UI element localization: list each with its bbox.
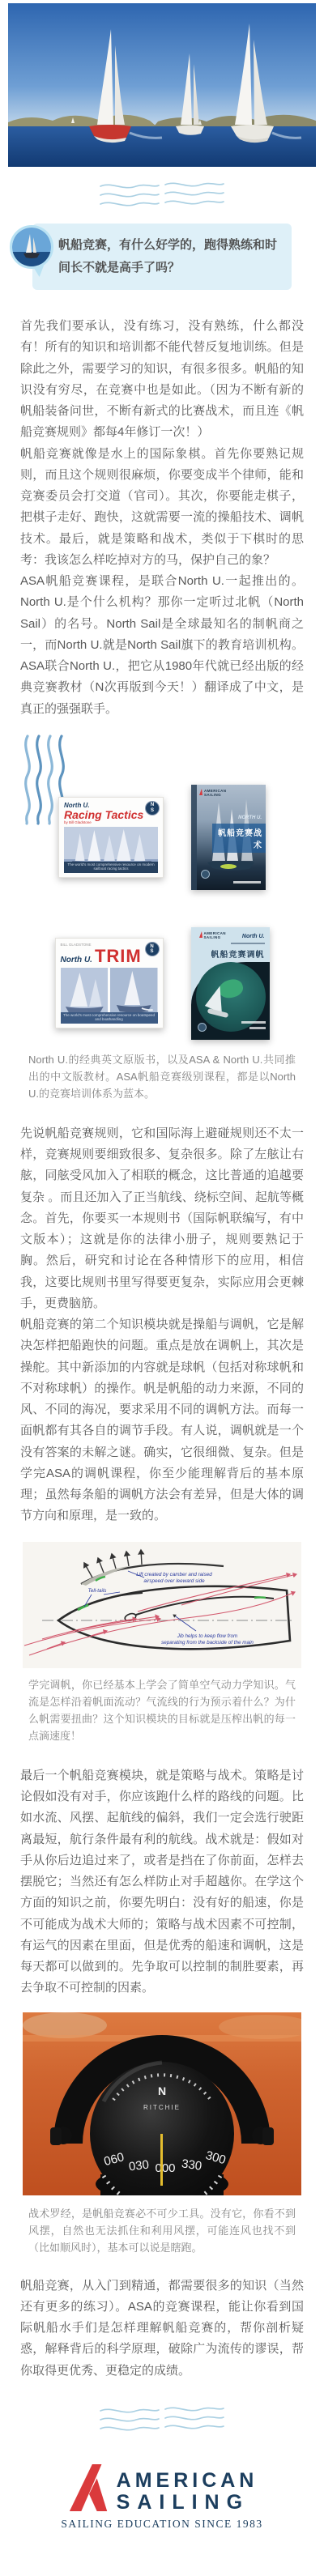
logo-word-american: AMERICAN xyxy=(117,2470,258,2491)
article-paragraph-1: 首先我们要承认，没有练习，没有熟练，什么都没有！所有的知识和培训都不能代替反复地… xyxy=(20,316,304,444)
publisher-seal-icon xyxy=(201,870,210,879)
article-body-1: 首先我们要承认，没有练习，没有熟练，什么都没有！所有的知识和培训都不能代替反复地… xyxy=(20,316,304,720)
hero-sailboats-photo xyxy=(8,3,316,167)
sail-aerodynamics-diagram: Lift created by camber and raised airspe… xyxy=(23,1542,301,1668)
article-page: 帆船竞赛，有什么好学的，跑得熟练和时间长不就是高手了吗？ 首先我们要承认，没有练… xyxy=(0,0,324,2576)
american-sailing-logo: AMERICAN SAILING SAILING EDUCATION SINCE… xyxy=(40,2463,283,2531)
question-avatar xyxy=(10,225,53,269)
diagram-label-jib-1: Jib helps to keep flow from xyxy=(177,1633,238,1639)
logo-wordmark: AMERICAN SAILING xyxy=(117,2470,258,2513)
book-tagline-bar: The world's most comprehensive resource … xyxy=(64,862,158,873)
article-body-3: 最后一个帆船竞赛模块，就是策略与战术。策略是讨论假如没有对手，你应该跑什么样的路… xyxy=(20,1765,304,1999)
books-caption: North U.的经典英文原版书，以及ASA & North U.共同推出的中文… xyxy=(28,1051,296,1102)
book-cover-trim: BILL GLADSTONE North U. TRIM N S xyxy=(55,938,164,1028)
article-paragraph-6: 最后一个帆船竞赛模块，就是策略与战术。策略是讨论假如没有对手，你应该跑什么样的路… xyxy=(20,1765,304,1999)
logo-sail-icon xyxy=(199,789,202,795)
credit-line-2 xyxy=(249,1027,266,1029)
publisher-mark xyxy=(233,881,261,884)
compass-brand-label: RITCHIE xyxy=(143,2104,181,2111)
north-sails-logo-icon: N S xyxy=(145,801,160,815)
diagram-label-lift-2: airspeed over leeward side xyxy=(143,1578,205,1584)
books-row-2: BILL GLADSTONE North U. TRIM N S xyxy=(0,927,324,1040)
tactical-compass-photo: N RITCHIE 060 030 000 330 300 xyxy=(23,2012,301,2195)
american-sailing-mini-logo: AMERICAN SAILING xyxy=(199,789,228,797)
compass-north-label: N xyxy=(158,2084,166,2097)
ns-logo-s: S xyxy=(150,949,153,955)
ns-logo-n: N xyxy=(150,944,153,950)
ns-logo-s: S xyxy=(151,808,154,814)
logo-sail-icon xyxy=(199,931,202,938)
book-title: TRIM xyxy=(95,948,142,964)
books-section: North U. Racing Tactics by Bill Gladston… xyxy=(0,734,324,1040)
book-title: 帆船竞赛战术 xyxy=(212,824,266,853)
logo-word-sailing: SAILING xyxy=(117,2492,258,2513)
series-underline xyxy=(231,943,265,944)
article-paragraph-2: 帆船竞赛就像是水上的国际象棋。首先你要熟记规则，而且这个规则很麻烦，你要变成半个… xyxy=(20,444,304,572)
sailboat-avatar-icon xyxy=(12,228,51,266)
book-cover-tactics-chinese: AMERICAN SAILING NORTH U. 帆船竞赛战术 xyxy=(191,785,266,890)
book-cover-trim-chinese: AMERICAN SAILING North U. 帆船竞赛调帆 xyxy=(191,927,270,1040)
diagram-label-jib-2: separating from the backside of the main xyxy=(161,1640,254,1646)
question-text: 帆船竞赛，有什么好学的，跑得熟练和时间长不就是高手了吗？ xyxy=(58,234,279,279)
question-bubble: 帆船竞赛，有什么好学的，跑得熟练和时间长不就是高手了吗？ xyxy=(32,224,292,290)
article-paragraph-7: 帆船竞赛，从入门到精通，都需要很多的知识（当然还有更多的练习）。ASA的竞赛课程… xyxy=(20,2276,304,2382)
logo-sail-icon xyxy=(66,2463,112,2513)
book-series: NORTH U. xyxy=(238,815,262,820)
article-body-2: 先说帆船竞赛规则，它和国际海上避碰规则还不太一样，竞赛规则要细致很多、复杂很多。… xyxy=(20,1123,304,1527)
article-paragraph-5: 帆船竞赛的第二个知识模块就是操船与调帆，它是解决怎样把船跑快的问题。重点是放在调… xyxy=(20,1314,304,1527)
book-tagline-bar: The world's most comprehensive resource … xyxy=(61,1012,158,1024)
compass-caption: 战术罗经，是帆船竞赛必不可少工具。没有它，你看不到风摆，自然也无法抓住和利用风摆… xyxy=(28,2205,296,2256)
logo-tagline: SAILING EDUCATION SINCE 1983 xyxy=(40,2518,283,2531)
book-photo-pair xyxy=(61,968,158,1015)
diagram-label-telltails: Tell-tails xyxy=(88,1588,108,1594)
mini-logo-text: AMERICAN SAILING xyxy=(204,789,228,797)
article-paragraph-4: 先说帆船竞赛规则，它和国际海上避碰规则还不太一样，竞赛规则要细致很多、复杂很多。… xyxy=(20,1123,304,1314)
compass-heading-030: 030 xyxy=(128,2157,150,2174)
north-sails-logo-icon: N S xyxy=(145,942,160,956)
book-title: Racing Tactics xyxy=(64,809,158,820)
book-series: North U. xyxy=(242,934,265,939)
article-body-4: 帆船竞赛，从入门到精通，都需要很多的知识（当然还有更多的练习）。ASA的竞赛课程… xyxy=(20,2276,304,2382)
ns-logo-n: N xyxy=(151,803,154,808)
wave-divider-icon xyxy=(97,180,227,211)
book-spine xyxy=(191,785,197,890)
footer-wave-divider-icon xyxy=(97,2404,227,2435)
compass-heading-330: 330 xyxy=(181,2157,202,2173)
compass-heading-000: 000 xyxy=(155,2161,175,2175)
book-cover-racing-tactics: North U. Racing Tactics by Bill Gladston… xyxy=(58,797,164,878)
mini-logo-text: AMERICAN SAILING xyxy=(204,931,228,939)
diagram-label-lift-1: Lift created by camber and raised xyxy=(136,1572,212,1578)
credit-line xyxy=(241,1021,266,1024)
book-brand: North U. xyxy=(61,956,92,964)
american-sailing-mini-logo: AMERICAN SAILING xyxy=(199,931,228,939)
book-title: 帆船竞赛调帆 xyxy=(211,947,265,960)
question-block: 帆船竞赛，有什么好学的，跑得熟练和时间长不就是高手了吗？ xyxy=(8,224,324,298)
article-paragraph-3: ASA帆船竞赛课程，是联合North U.一起推出的。North U.是个什么机… xyxy=(20,571,304,720)
diagram-caption: 学完调帆，你已经基本上学会了简单空气动力学知识。气流是怎样沿着帆面流动？气流线的… xyxy=(28,1676,296,1744)
publisher-seal-icon xyxy=(198,1023,207,1032)
